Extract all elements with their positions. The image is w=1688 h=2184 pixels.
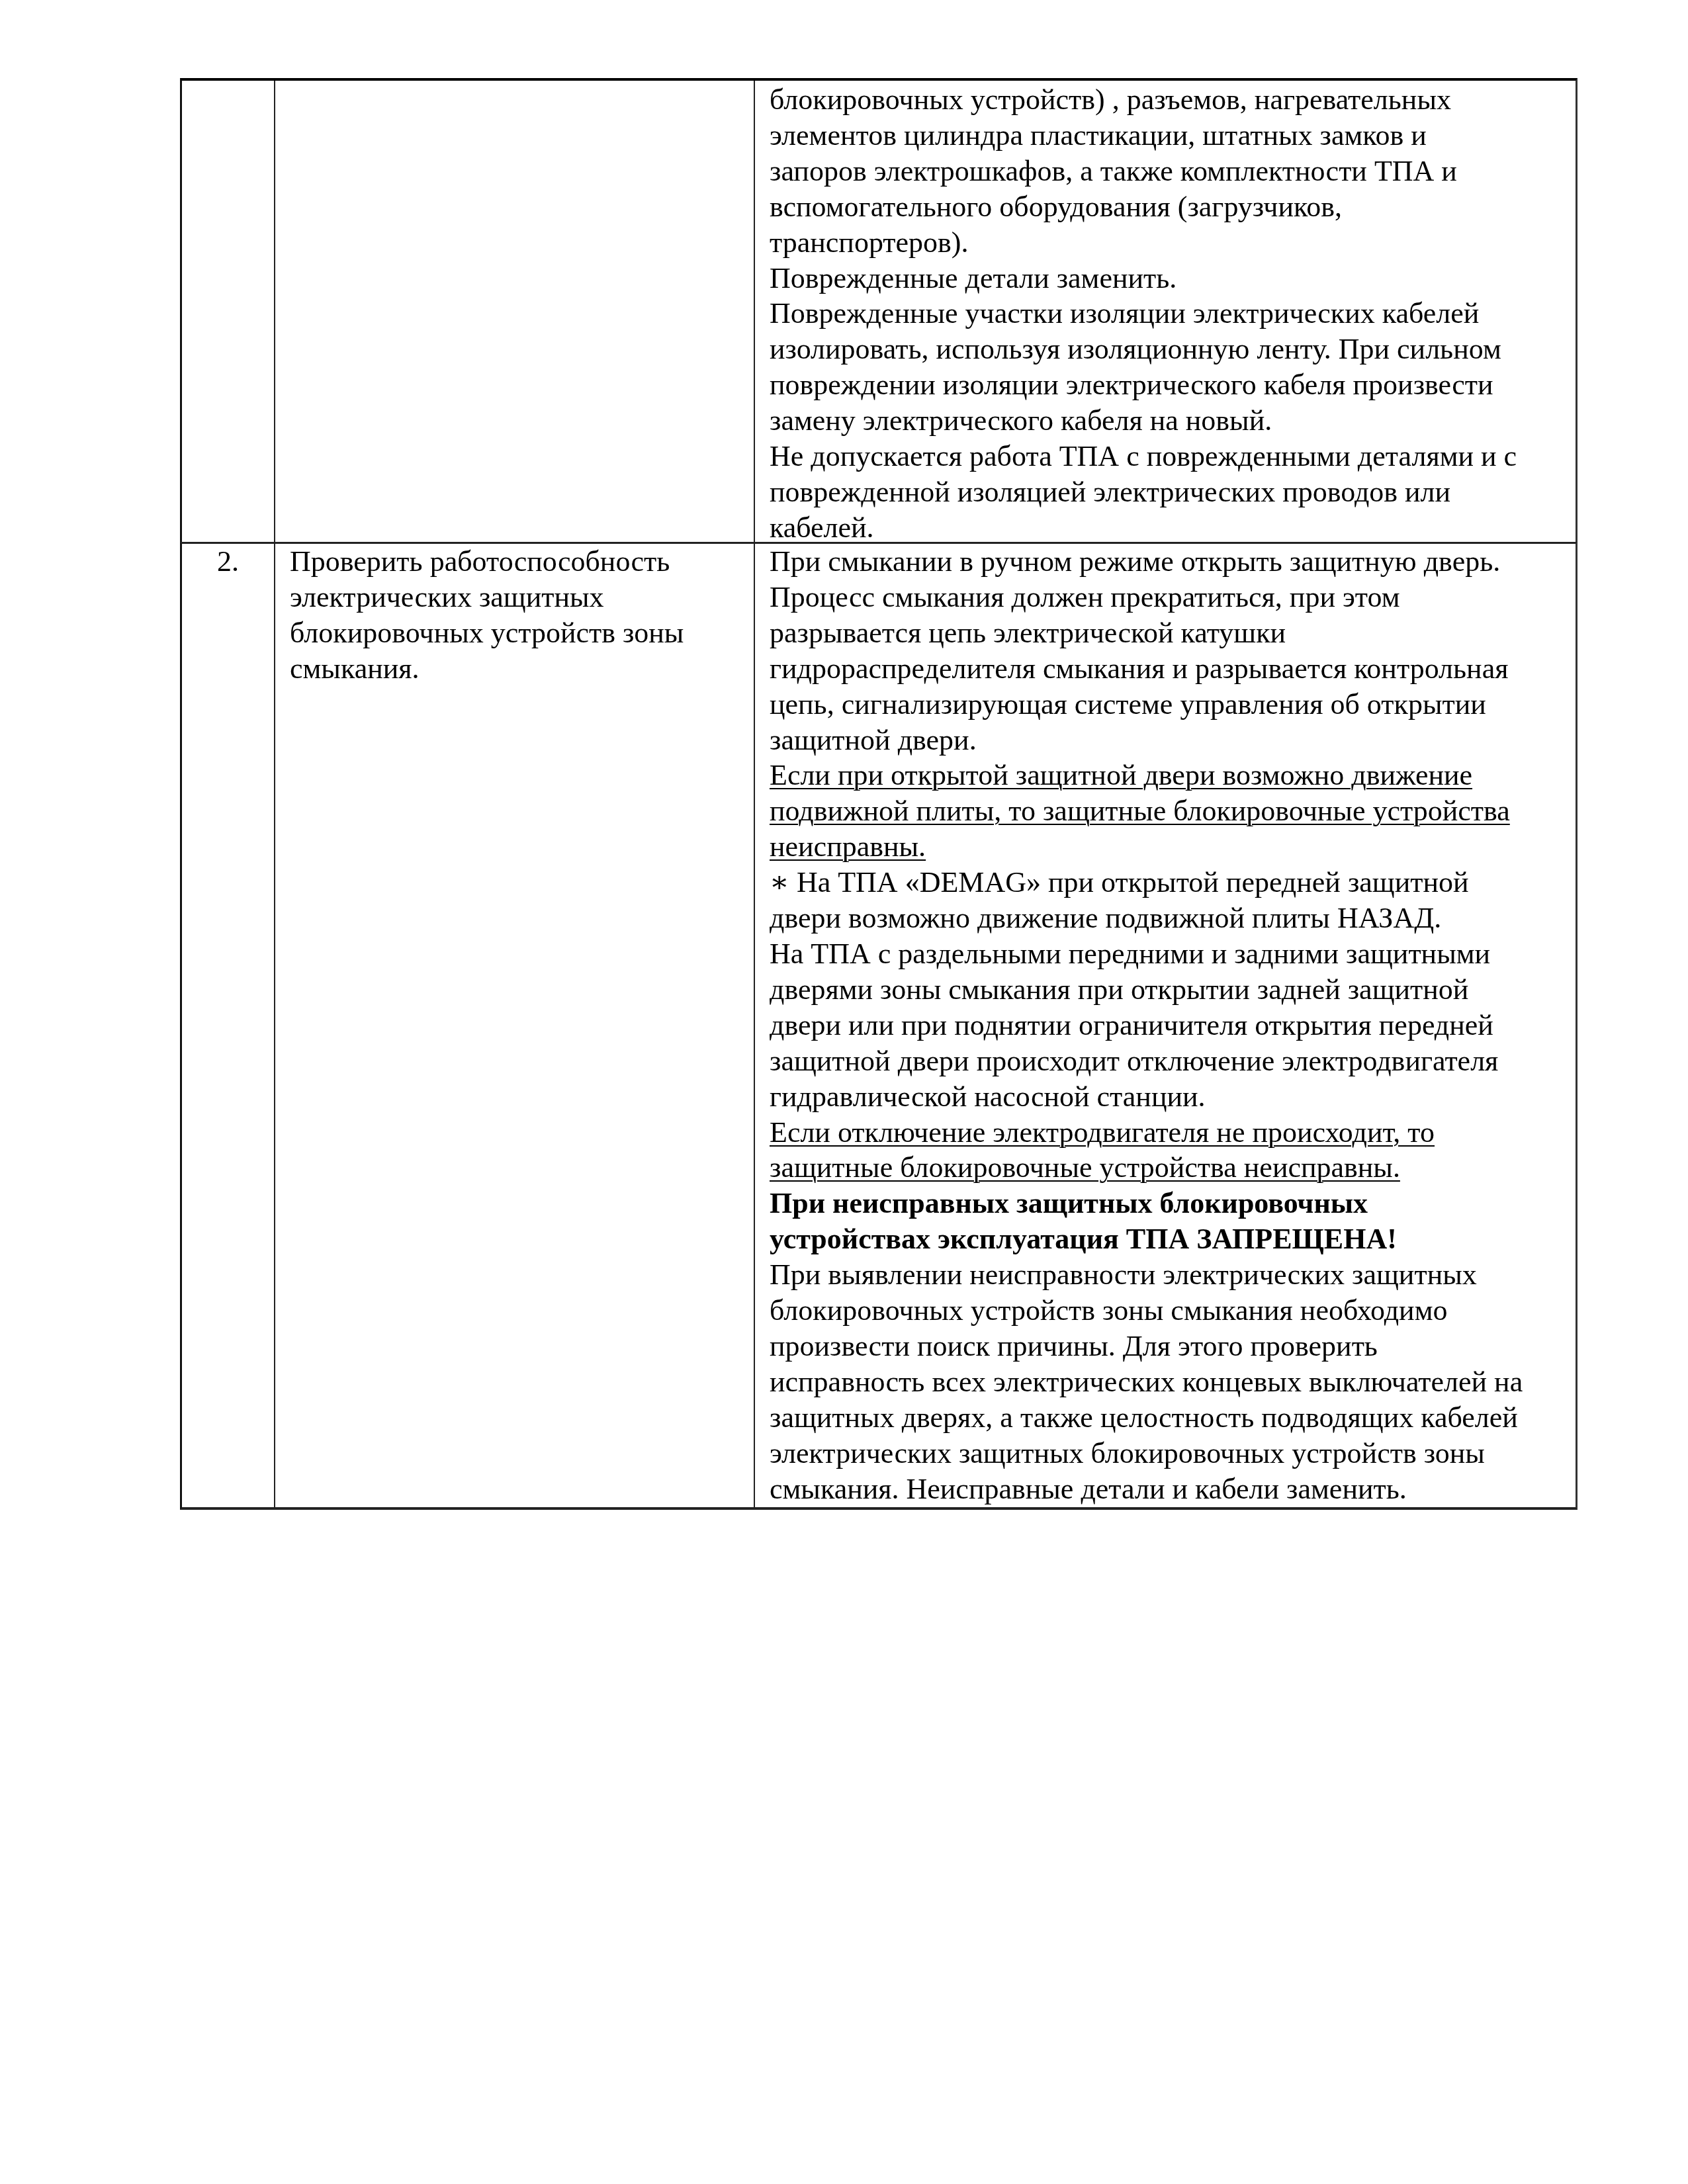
- underlined-text-line: подвижной плиты, то защитные блокировочн…: [770, 793, 1570, 829]
- description-text-line: гидравлической насосной станции.: [770, 1079, 1570, 1115]
- description-text-line: замену электрического кабеля на новый.: [770, 403, 1570, 439]
- table-row-continued: блокировочных устройств) , разъемов, наг…: [180, 78, 1577, 542]
- description-text-line: кабелей.: [770, 510, 1570, 546]
- description-text-line: цепь, сигнализирующая системе управления…: [770, 687, 1570, 722]
- description-text-line: Процесс смыкания должен прекратиться, пр…: [770, 580, 1570, 615]
- description-text-line: произвести поиск причины. Для этого пров…: [770, 1329, 1570, 1364]
- description-text-line: разрывается цепь электрической катушки: [770, 615, 1570, 651]
- task-text-line: смыкания.: [290, 651, 754, 687]
- description-text-line: На ТПА с раздельными передними и задними…: [770, 936, 1570, 972]
- description-text-line: изолировать, используя изоляционную лент…: [770, 331, 1570, 367]
- description-text-line: двери или при поднятии ограничителя откр…: [770, 1008, 1570, 1043]
- description-text-line: вспомогательного оборудования (загрузчик…: [770, 189, 1570, 225]
- description-text-line: ∗ На ТПА «DEMAG» при открытой передней з…: [770, 865, 1570, 900]
- description-text-line: При выявлении неисправности электрически…: [770, 1257, 1570, 1293]
- task-cell: Проверить работоспособностьэлектрических…: [275, 544, 755, 1507]
- description-text-line: Поврежденные участки изоляции электричес…: [770, 296, 1570, 331]
- description-text-line: При смыкании в ручном режиме открыть защ…: [770, 544, 1570, 580]
- task-cell: [275, 81, 755, 542]
- row-number-cell: [182, 81, 275, 542]
- description-text-line: поврежденной изоляцией электрических про…: [770, 474, 1570, 510]
- description-text-line: транспортеров).: [770, 225, 1570, 261]
- description-text-line: Не допускается работа ТПА с поврежденным…: [770, 439, 1570, 474]
- description-cell: При смыкании в ручном режиме открыть защ…: [755, 544, 1576, 1507]
- description-text-line: электрических защитных блокировочных уст…: [770, 1436, 1570, 1471]
- warning-text-line: устройствах эксплуатация ТПА ЗАПРЕЩЕНА!: [770, 1221, 1570, 1257]
- underlined-text-line: защитные блокировочные устройства неиспр…: [770, 1150, 1570, 1186]
- description-text-line: запоров электрошкафов, а также комплектн…: [770, 153, 1570, 189]
- description-cell: блокировочных устройств) , разъемов, наг…: [755, 81, 1576, 542]
- description-text-line: Поврежденные детали заменить.: [770, 261, 1570, 296]
- underlined-text-line: Если при открытой защитной двери возможн…: [770, 758, 1570, 793]
- task-text-line: электрических защитных: [290, 580, 754, 615]
- description-text-line: дверями зоны смыкания при открытии задне…: [770, 972, 1570, 1008]
- underlined-text-line: Если отключение электродвигателя не прои…: [770, 1115, 1570, 1151]
- underlined-text-line: неисправны.: [770, 829, 1570, 865]
- description-text-line: элементов цилиндра пластикации, штатных …: [770, 118, 1570, 153]
- row-number-cell: 2.: [182, 544, 275, 1507]
- task-text-line: блокировочных устройств зоны: [290, 615, 754, 651]
- description-text-line: гидрораспределителя смыкания и разрывает…: [770, 651, 1570, 687]
- description-text-line: защитных дверях, а также целостность под…: [770, 1400, 1570, 1436]
- description-text-line: блокировочных устройств) , разъемов, наг…: [770, 82, 1570, 118]
- description-text-line: смыкания. Неисправные детали и кабели за…: [770, 1471, 1570, 1507]
- warning-text-line: При неисправных защитных блокировочных: [770, 1186, 1570, 1221]
- description-text-line: исправность всех электрических концевых …: [770, 1364, 1570, 1400]
- description-text-line: блокировочных устройств зоны смыкания не…: [770, 1293, 1570, 1329]
- table-row-2: 2. Проверить работоспособностьэлектричес…: [180, 542, 1577, 1510]
- description-text-line: двери возможно движение подвижной плиты …: [770, 900, 1570, 936]
- task-text-line: Проверить работоспособность: [290, 544, 754, 580]
- description-text-line: повреждении изоляции электрического кабе…: [770, 367, 1570, 403]
- maintenance-table: блокировочных устройств) , разъемов, наг…: [180, 78, 1577, 1510]
- description-text-line: защитной двери.: [770, 722, 1570, 758]
- description-text-line: защитной двери происходит отключение эле…: [770, 1043, 1570, 1079]
